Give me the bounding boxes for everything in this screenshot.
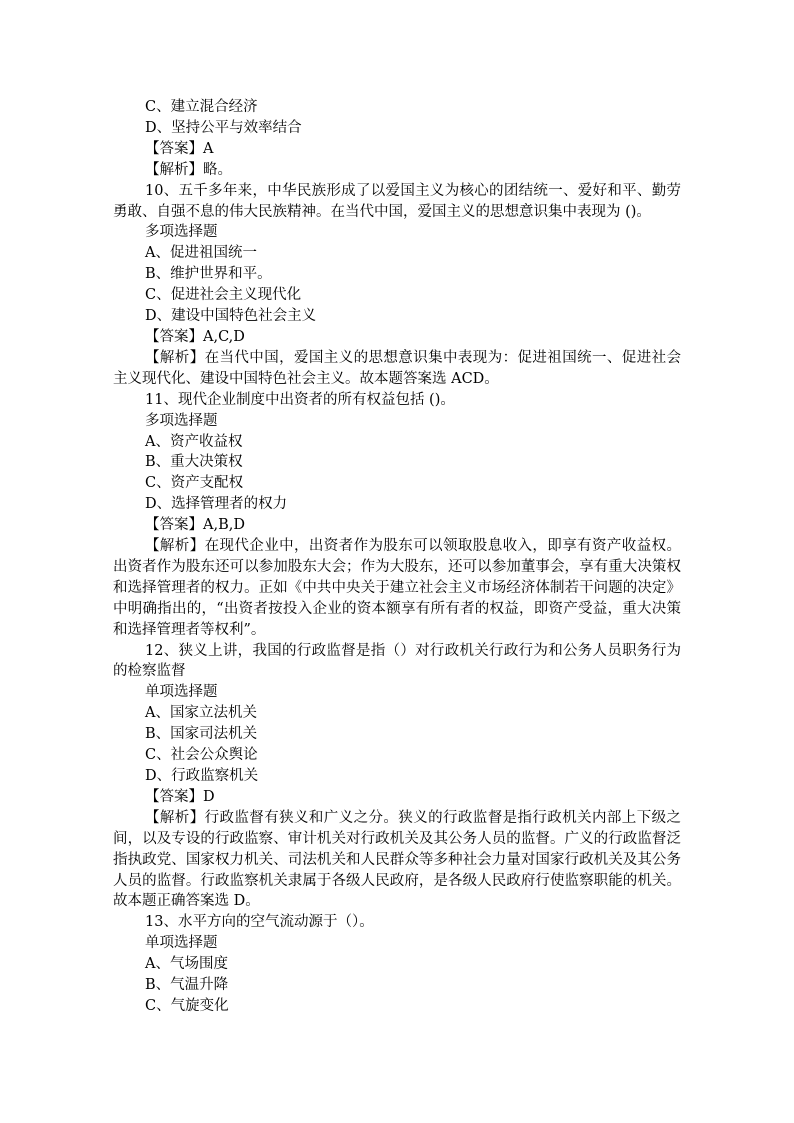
option: C、建立混合经济 [113, 97, 681, 118]
analysis-line: 【解析】行政监督有狭义和广义之分。狭义的行政监督是指行政机关内部上下级之间，以及… [113, 808, 681, 913]
analysis-line: 【解析】略。 [113, 160, 681, 181]
option: B、国家司法机关 [113, 724, 681, 745]
question-type-label: 单项选择题 [113, 933, 681, 954]
answer-line: 【答案】D [113, 787, 681, 808]
question-type-label: 多项选择题 [113, 411, 681, 432]
question-stem: 13、水平方向的空气流动源于（）。 [113, 912, 681, 933]
option: D、行政监察机关 [113, 766, 681, 787]
answer-line: 【答案】A [113, 139, 681, 160]
question-stem: 12、狭义上讲，我国的行政监督是指（）对行政机关行政行为和公务人员职务行为的检察… [113, 641, 681, 683]
option: A、促进祖国统一 [113, 243, 681, 264]
analysis-line: 【解析】在当代中国，爱国主义的思想意识集中表现为：促进祖国统一、促进社会主义现代… [113, 348, 681, 390]
option: D、选择管理者的权力 [113, 494, 681, 515]
question-type-label: 单项选择题 [113, 682, 681, 703]
question-stem: 11、现代企业制度中出资者的所有权益包括 ()。 [113, 390, 681, 411]
option: C、资产支配权 [113, 473, 681, 494]
answer-line: 【答案】A,B,D [113, 515, 681, 536]
answer-line: 【答案】A,C,D [113, 327, 681, 348]
option: C、社会公众舆论 [113, 745, 681, 766]
question-stem: 10、五千多年来，中华民族形成了以爱国主义为核心的团结统一、爱好和平、勤劳勇敢、… [113, 181, 681, 223]
option: A、资产收益权 [113, 432, 681, 453]
option: D、坚持公平与效率结合 [113, 118, 681, 139]
analysis-line: 【解析】在现代企业中，出资者作为股东可以领取股息收入，即享有资产收益权。出资者作… [113, 536, 681, 641]
option: B、维护世界和平。 [113, 264, 681, 285]
option: A、气场围度 [113, 954, 681, 975]
option: C、促进社会主义现代化 [113, 285, 681, 306]
option: B、气温升降 [113, 975, 681, 996]
document-page: C、建立混合经济 D、坚持公平与效率结合 【答案】A 【解析】略。 10、五千多… [0, 0, 794, 1123]
document-content: C、建立混合经济 D、坚持公平与效率结合 【答案】A 【解析】略。 10、五千多… [113, 97, 681, 1017]
option: D、建设中国特色社会主义 [113, 306, 681, 327]
option: C、气旋变化 [113, 996, 681, 1017]
question-type-label: 多项选择题 [113, 222, 681, 243]
option: B、重大决策权 [113, 452, 681, 473]
option: A、国家立法机关 [113, 703, 681, 724]
